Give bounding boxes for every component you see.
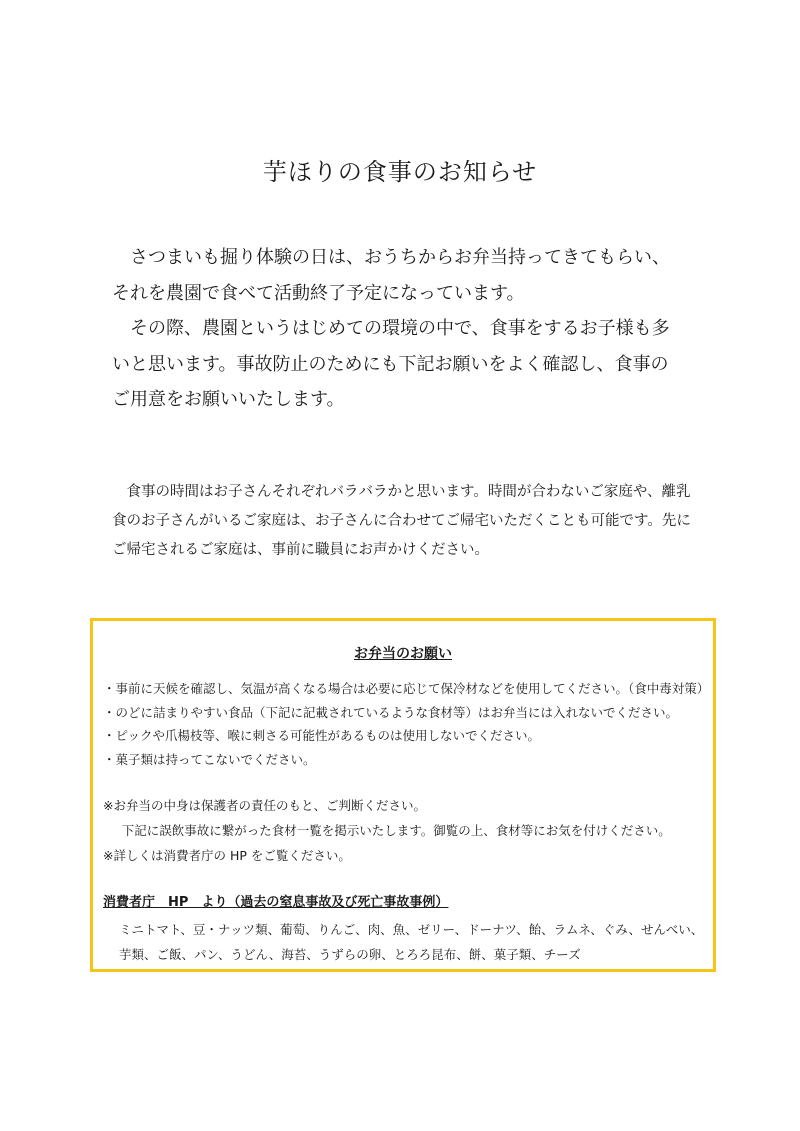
- bento-box-heading: お弁当のお願い: [93, 643, 713, 663]
- intro-paragraph-2: その際、農園というはじめての環境の中で、食事をするお子様も多いと思います。事故防…: [112, 311, 682, 418]
- request-item: ・菓子類は持ってこないでください。: [103, 748, 713, 772]
- request-item: ・のどに詰まりやすい食品（下記に記載されているような食材等）はお弁当には入れない…: [103, 701, 713, 725]
- document-title: 芋ほりの食事のお知らせ: [0, 152, 800, 187]
- request-item: ・事前に天候を確認し、気温が高くなる場合は必要に応じて保冷材などを使用してくださ…: [103, 677, 713, 701]
- source-heading: 消費者庁 HP より（過去の窒息事故及び死亡事故事例）: [103, 891, 448, 910]
- bento-request-list: ・事前に天候を確認し、気温が高くなる場合は必要に応じて保冷材などを使用してくださ…: [103, 677, 713, 771]
- request-item: ・ピックや爪楊枝等、喉に刺さる可能性があるものは使用しないでください。: [103, 724, 713, 748]
- bento-notes: ※お弁当の中身は保護者の責任のもと、ご判断ください。 下記に誤飲事故に繋がった食…: [103, 793, 713, 868]
- intro-paragraph-1: さつまいも掘り体験の日は、おうちからお弁当持ってきてもらい、それを農園で食べて活…: [112, 240, 682, 311]
- intro-section: さつまいも掘り体験の日は、おうちからお弁当持ってきてもらい、それを農園で食べて活…: [112, 240, 682, 418]
- details-note: ※詳しくは消費者庁の HP をご覧ください。: [103, 843, 713, 868]
- choking-food-list: ミニトマト、豆・ナッツ類、葡萄、りんご、肉、魚、ゼリー、ドーナツ、飴、ラムネ、ぐ…: [119, 917, 709, 967]
- bento-request-box: お弁当のお願い ・事前に天候を確認し、気温が高くなる場合は必要に応じて保冷材など…: [90, 618, 716, 972]
- meal-time-note: 食事の時間はお子さんそれぞれバラバラかと思います。時間が合わないご家庭や、離乳食…: [112, 478, 702, 565]
- food-list-intro: 下記に誤飲事故に繋がった食材一覧を掲示いたします。御覧の上、食材等にお気を付けく…: [103, 818, 713, 843]
- meal-time-section: 食事の時間はお子さんそれぞれバラバラかと思います。時間が合わないご家庭や、離乳食…: [112, 478, 702, 565]
- responsibility-note: ※お弁当の中身は保護者の責任のもと、ご判断ください。: [103, 793, 713, 818]
